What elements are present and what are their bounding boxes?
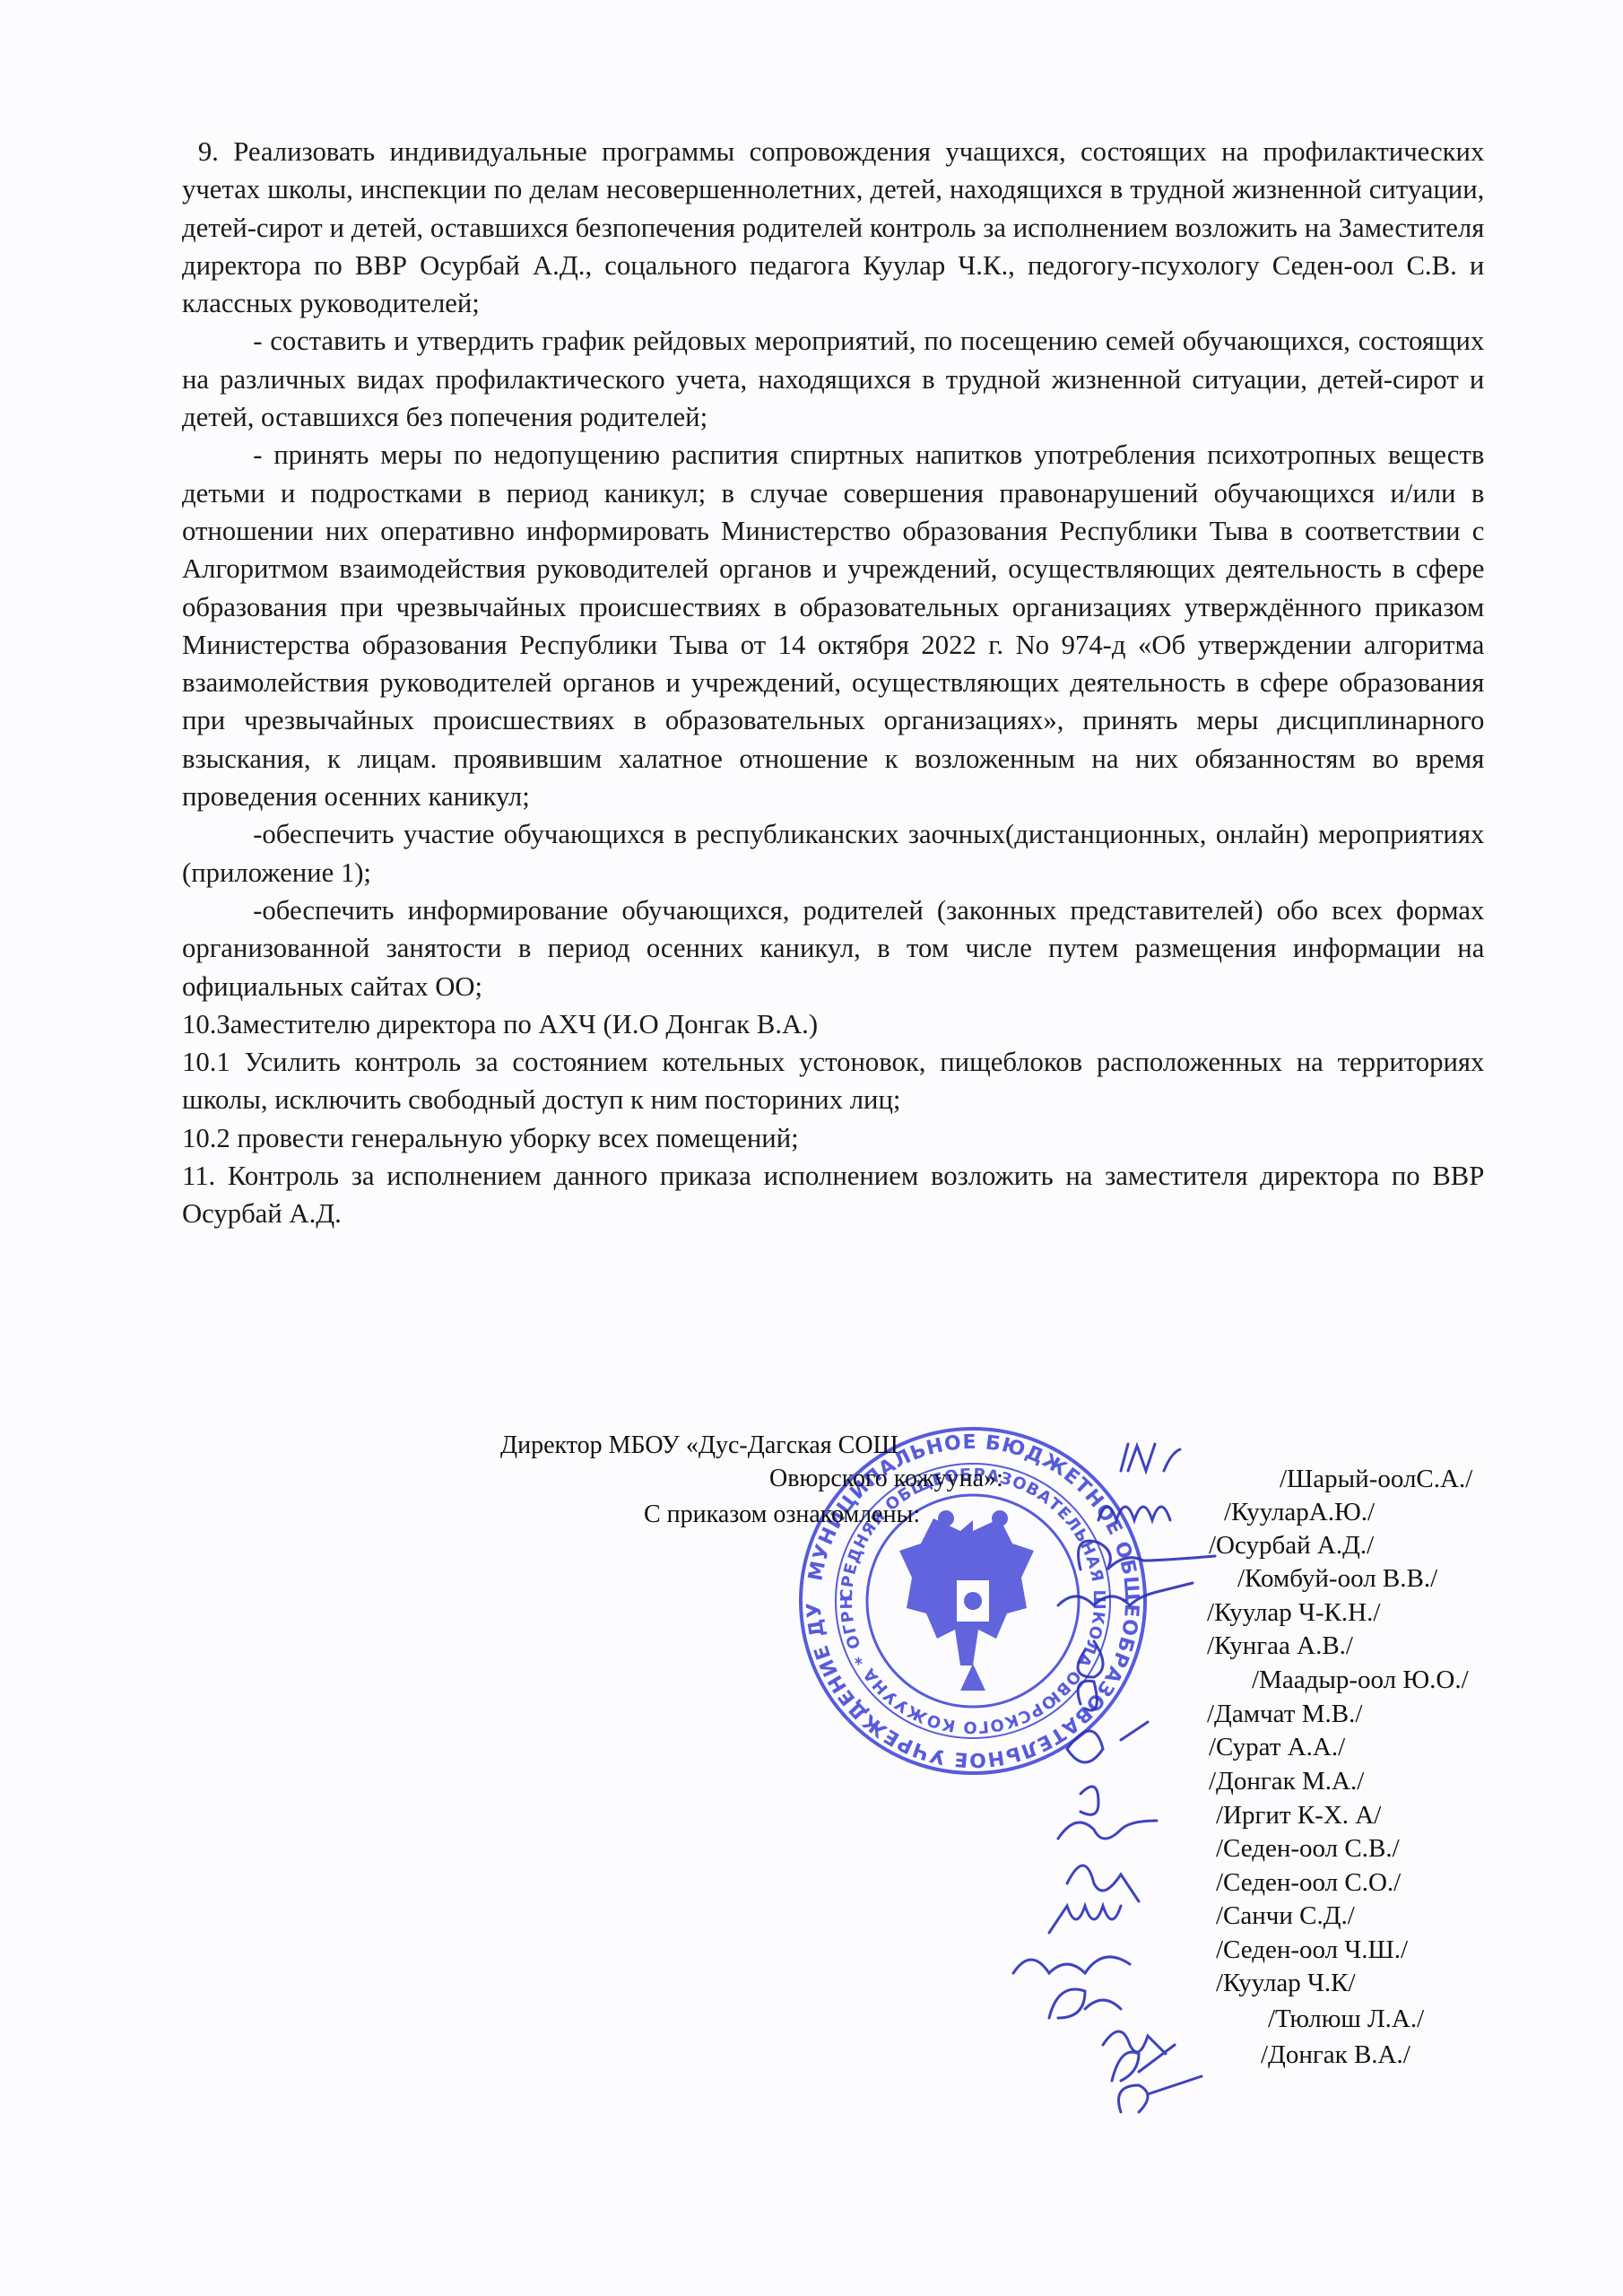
signatory-name: /Осурбай А.Д./ (1209, 1531, 1374, 1561)
document-body: 9. Реализовать индивидуальные программы … (182, 133, 1484, 1233)
paragraph-item-9: 9. Реализовать индивидуальные программы … (182, 133, 1484, 322)
signatory-name: /Седен-оол С.В./ (1216, 1834, 1400, 1864)
director-title-line1: Директор МБОУ «Дус-Дагская СОШ (500, 1431, 898, 1460)
paragraph-participation: -обеспечить участие обучающихся в респуб… (182, 815, 1484, 891)
signatory-name: /КууларА.Ю./ (1224, 1498, 1375, 1527)
director-title-line2: Овюрского кожууна»: (769, 1465, 1003, 1493)
paragraph-raid-schedule: - составить и утвердить график рейдовых … (182, 322, 1484, 436)
signatory-name: /Дамчат М.В./ (1207, 1700, 1362, 1729)
signatory-name: /Донгак В.А./ (1261, 2040, 1410, 2070)
signatory-name: /Куулар Ч.К/ (1216, 1969, 1356, 1998)
signatory-name: /Иргит К-Х. А/ (1216, 1801, 1381, 1831)
signatory-name: /Сурат А.А./ (1209, 1733, 1345, 1762)
signatory-name: /Шарый-оолС.А./ (1280, 1465, 1472, 1494)
paragraph-prevention-measures: - принять меры по недопущению распития с… (182, 436, 1484, 815)
signatory-name: /Тюлюш Л.А./ (1268, 2005, 1424, 2034)
signatory-name: /Седен-оол Ч.Ш./ (1216, 1935, 1408, 1965)
paragraph-item-10-2: 10.2 провести генеральную уборку всех по… (182, 1119, 1484, 1157)
acquainted-label: С приказом ознакомлены: (644, 1500, 920, 1529)
paragraph-informing: -обеспечить информирование обучающихся, … (182, 891, 1484, 1005)
paragraph-item-10: 10.Заместителю директора по АХЧ (И.О Дон… (182, 1005, 1484, 1043)
signatory-name: /Куулар Ч-К.Н./ (1207, 1598, 1380, 1628)
signatory-name: /Санчи С.Д./ (1216, 1901, 1355, 1931)
paragraph-item-10-1: 10.1 Усилить контроль за состоянием коте… (182, 1043, 1484, 1119)
handwritten-signatures-icon (995, 1435, 1228, 2117)
signatory-name: /Комбуй-оол В.В./ (1237, 1564, 1437, 1594)
signatory-name: /Маадыр-оол Ю.О./ (1252, 1665, 1469, 1695)
signatory-name: /Кунгаа А.В./ (1207, 1631, 1353, 1661)
signatory-name: /Седен-оол С.О./ (1216, 1868, 1401, 1898)
signatory-name: /Донгак М.А./ (1209, 1767, 1364, 1796)
document-page: 9. Реализовать индивидуальные программы … (0, 0, 1623, 2296)
paragraph-item-11: 11. Контроль за исполнением данного прик… (182, 1157, 1484, 1233)
